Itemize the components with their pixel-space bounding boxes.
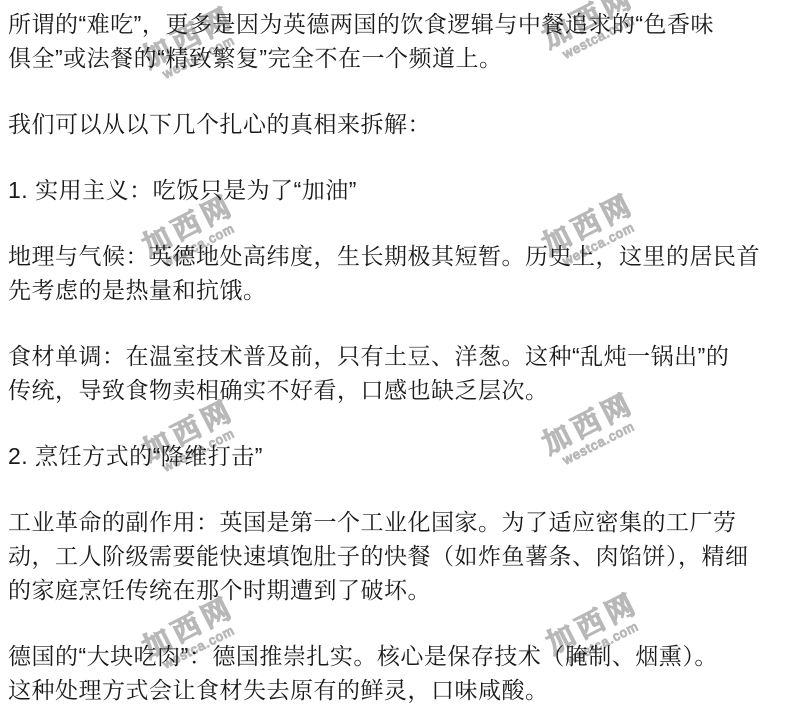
text-line: 2. 烹饪方式的“降维打击”	[8, 439, 796, 473]
text-line: 传统，导致食物卖相确实不好看，口感也缺乏层次。	[8, 373, 796, 407]
article-page: 加西网westca.com加西网westca.com加西网westca.com加…	[0, 0, 800, 709]
text-line: 食材单调：在温室技术普及前，只有土豆、洋葱。这种“乱炖一锅出”的	[8, 339, 796, 373]
paragraph: 工业革命的副作用：英国是第一个工业化国家。为了适应密集的工厂劳动，工人阶级需要能…	[8, 505, 796, 607]
text-line: 这种处理方式会让食材失去原有的鲜灵，口味咸酸。	[8, 673, 796, 707]
paragraph: 地理与气候：英德地处高纬度，生长期极其短暂。历史上，这里的居民首先考虑的是热量和…	[8, 239, 796, 307]
text-line: 德国的“大块吃肉”：德国推崇扎实。核心是保存技术（腌制、烟熏）。	[8, 639, 796, 673]
text-line: 动，工人阶级需要能快速填饱肚子的快餐（如炸鱼薯条、肉馅饼），精细	[8, 539, 796, 573]
text-line: 地理与气候：英德地处高纬度，生长期极其短暂。历史上，这里的居民首	[8, 239, 796, 273]
text-line: 我们可以从以下几个扎心的真相来拆解：	[8, 107, 796, 141]
section-heading: 2. 烹饪方式的“降维打击”	[8, 439, 796, 473]
paragraph: 我们可以从以下几个扎心的真相来拆解：	[8, 107, 796, 141]
text-line: 工业革命的副作用：英国是第一个工业化国家。为了适应密集的工厂劳	[8, 505, 796, 539]
text-line: 俱全”或法餐的“精致繁复”完全不在一个频道上。	[8, 41, 796, 75]
text-line: 1. 实用主义：吃饭只是为了“加油”	[8, 173, 796, 207]
text-line: 所谓的“难吃”，更多是因为英德两国的饮食逻辑与中餐追求的“色香味	[8, 7, 796, 41]
section-heading: 1. 实用主义：吃饭只是为了“加油”	[8, 173, 796, 207]
paragraph: 所谓的“难吃”，更多是因为英德两国的饮食逻辑与中餐追求的“色香味俱全”或法餐的“…	[8, 7, 796, 75]
paragraph: 食材单调：在温室技术普及前，只有土豆、洋葱。这种“乱炖一锅出”的传统，导致食物卖…	[8, 339, 796, 407]
text-line: 的家庭烹饪传统在那个时期遭到了破坏。	[8, 573, 796, 607]
article-content: 所谓的“难吃”，更多是因为英德两国的饮食逻辑与中餐追求的“色香味俱全”或法餐的“…	[0, 0, 800, 709]
paragraph: 德国的“大块吃肉”：德国推崇扎实。核心是保存技术（腌制、烟熏）。这种处理方式会让…	[8, 639, 796, 707]
text-line: 先考虑的是热量和抗饿。	[8, 273, 796, 307]
